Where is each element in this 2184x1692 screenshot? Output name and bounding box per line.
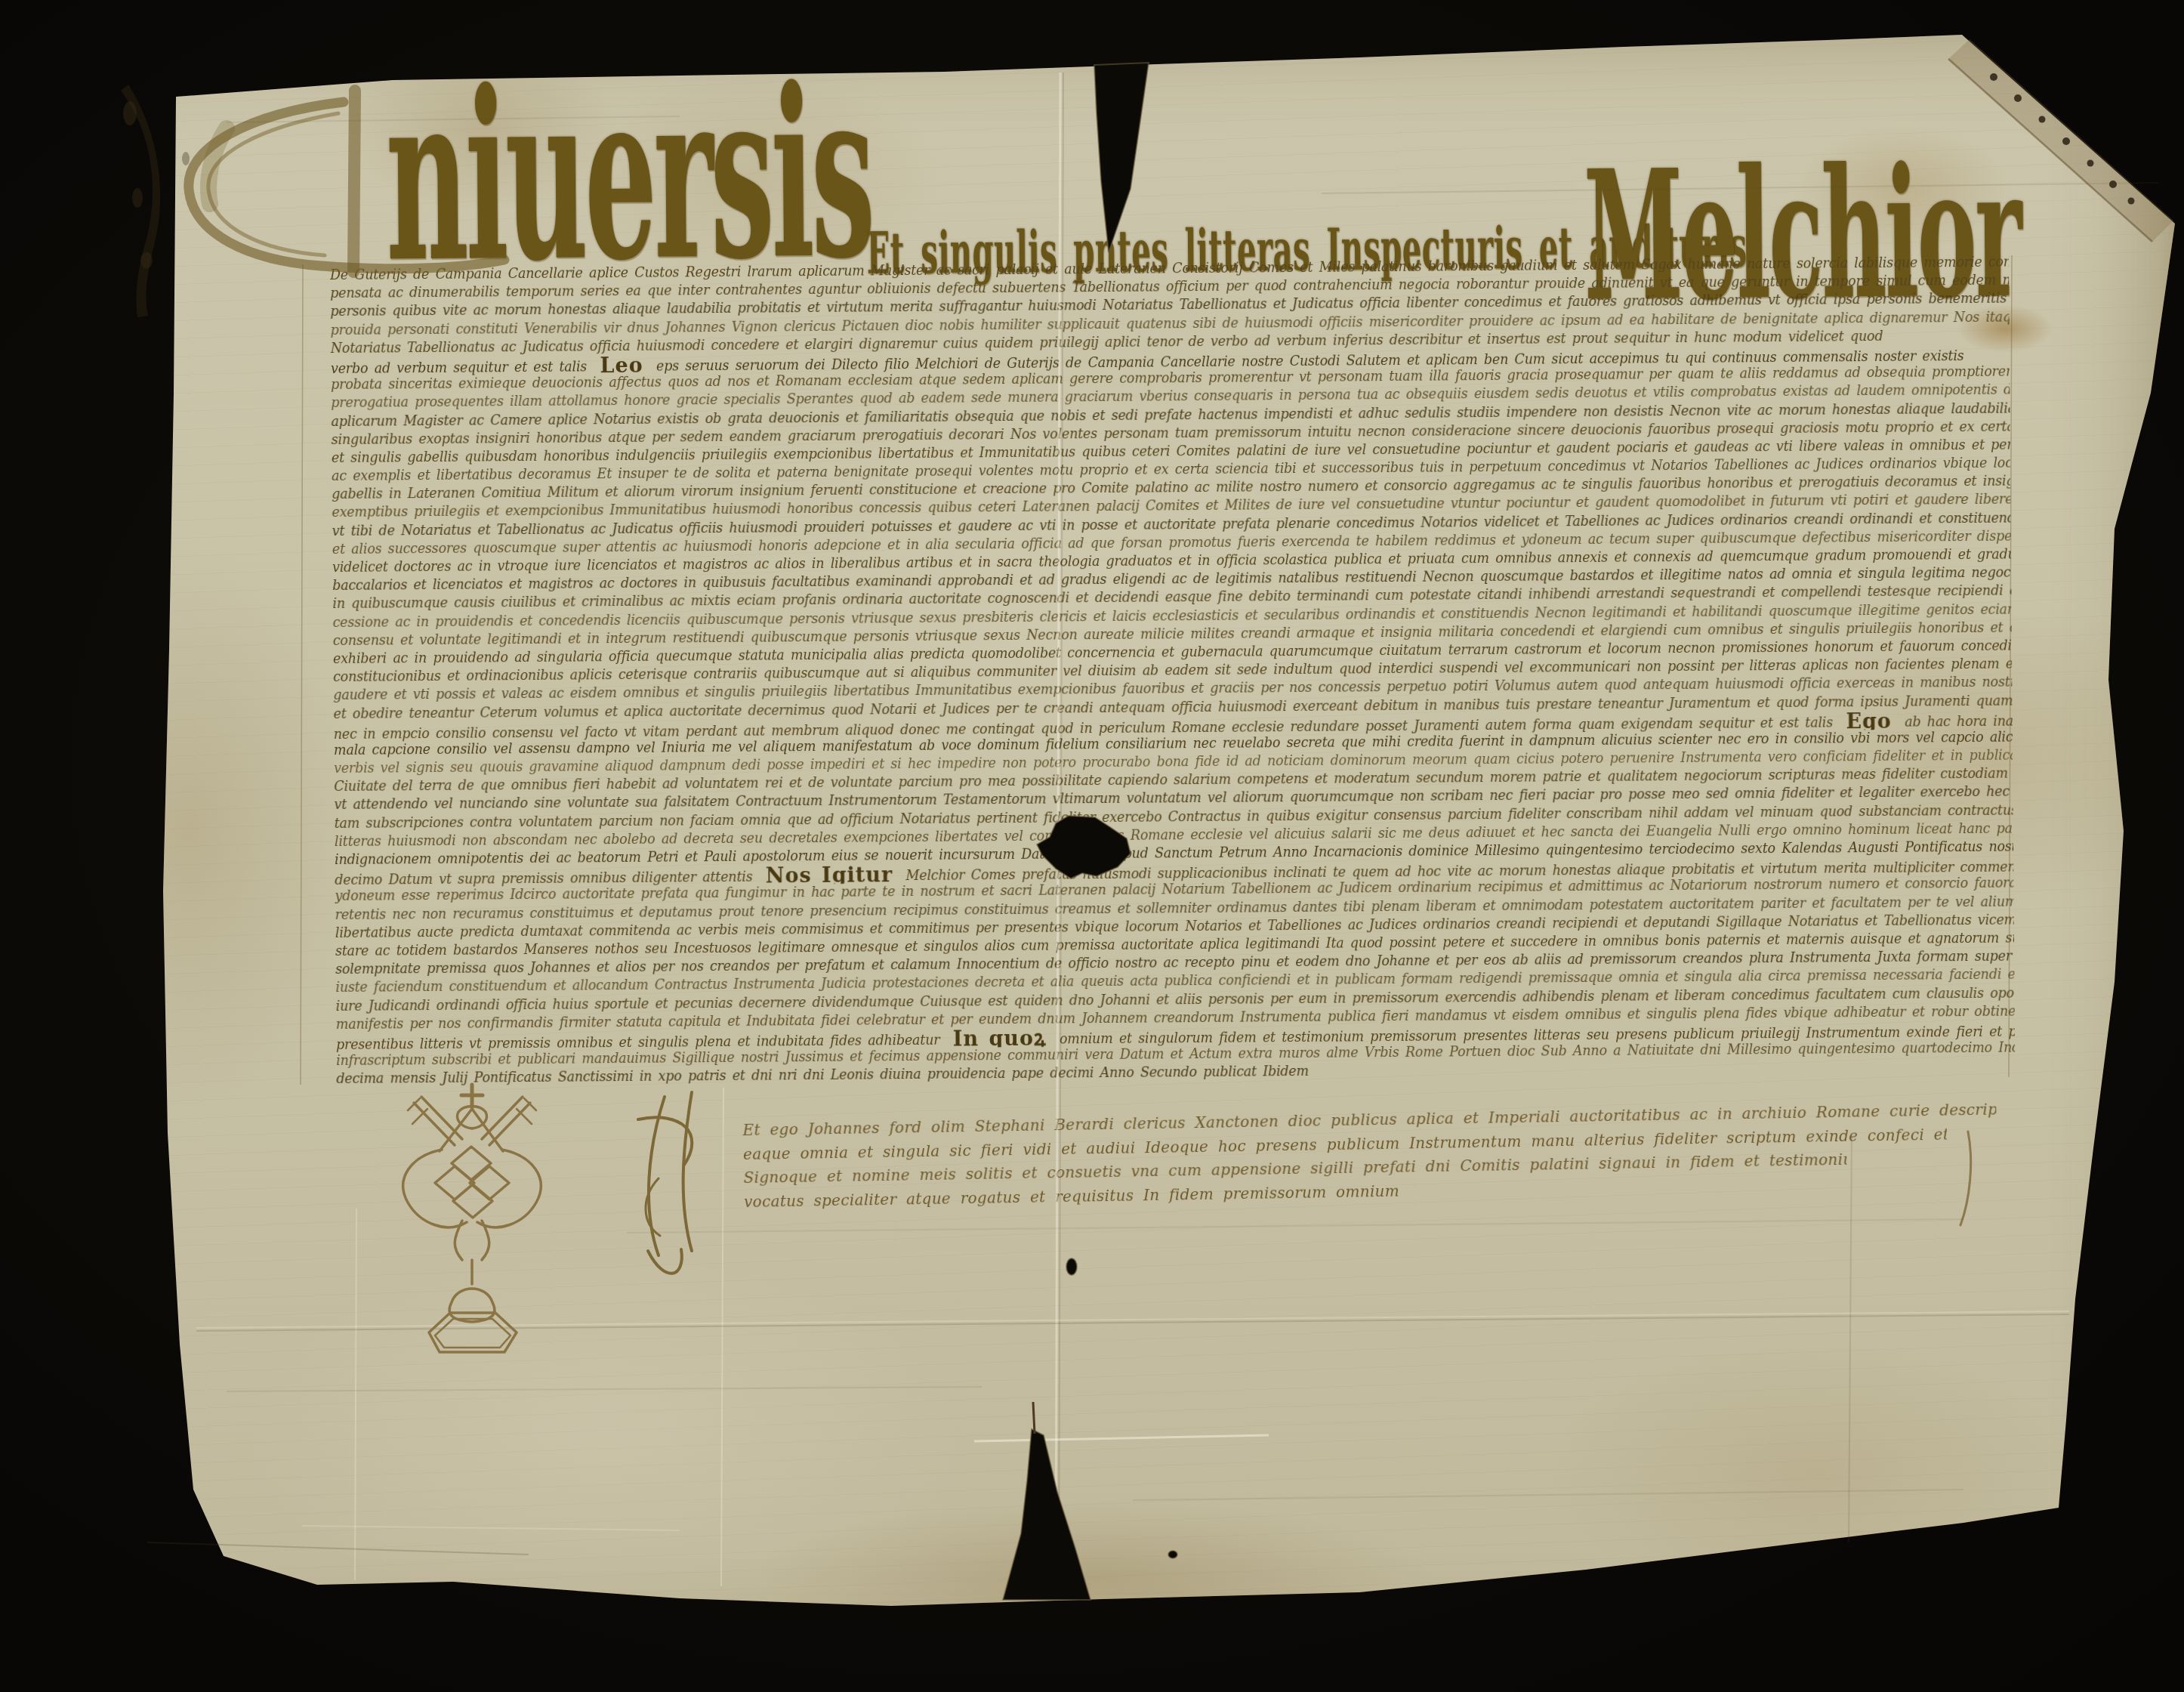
manuscript-text-layer: niuersis Et singulis pntes litteras Insp… [0,0,2184,1692]
body-text-block: De Guterijs de Campania Cancellarie apli… [330,253,2015,1088]
photograph-background: niuersis Et singulis pntes litteras Insp… [0,0,2184,1692]
notary-subscription-block: Et ego Johannes ford olim Stephani Berar… [742,1098,1997,1214]
